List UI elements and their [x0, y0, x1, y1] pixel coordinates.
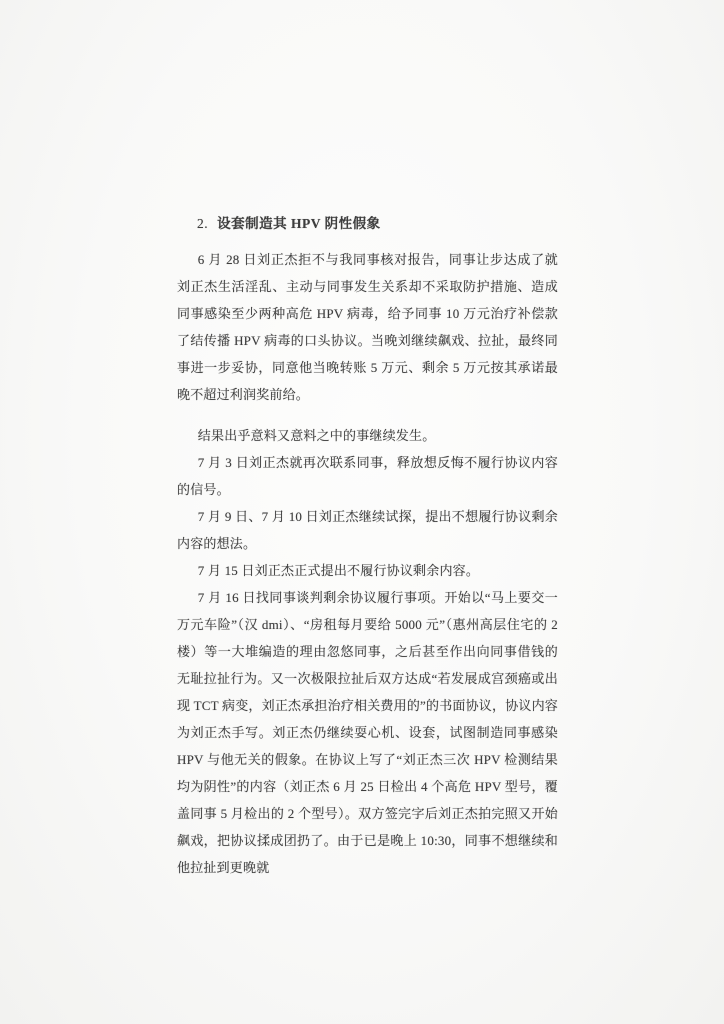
paragraph-4: 7 月 9 日、7 月 10 日刘正杰继续试探，提出不想履行协议剩余内容的想法。	[177, 503, 558, 557]
section-title: 设套制造其 HPV 阴性假象	[217, 216, 381, 231]
document-page: 2.设套制造其 HPV 阴性假象 6 月 28 日刘正杰拒不与我同事核对报告，同…	[177, 211, 558, 881]
paragraph-3: 7 月 3 日刘正杰就再次联系同事，释放想反悔不履行协议内容的信号。	[177, 449, 558, 503]
section-heading: 2.设套制造其 HPV 阴性假象	[177, 211, 558, 237]
paragraph-6: 7 月 16 日找同事谈判剩余协议履行事项。开始以“马上要交一万元车险”（汉 d…	[177, 584, 558, 881]
paragraph-2: 结果出乎意料又意料之中的事继续发生。	[177, 422, 558, 449]
paragraph-5: 7 月 15 日刘正杰正式提出不履行协议剩余内容。	[177, 557, 558, 584]
document-photo: 2.设套制造其 HPV 阴性假象 6 月 28 日刘正杰拒不与我同事核对报告，同…	[0, 0, 724, 1024]
paragraph-1: 6 月 28 日刘正杰拒不与我同事核对报告，同事让步达成了就刘正杰生活淫乱、主动…	[177, 246, 558, 408]
section-number: 2.	[197, 216, 208, 231]
